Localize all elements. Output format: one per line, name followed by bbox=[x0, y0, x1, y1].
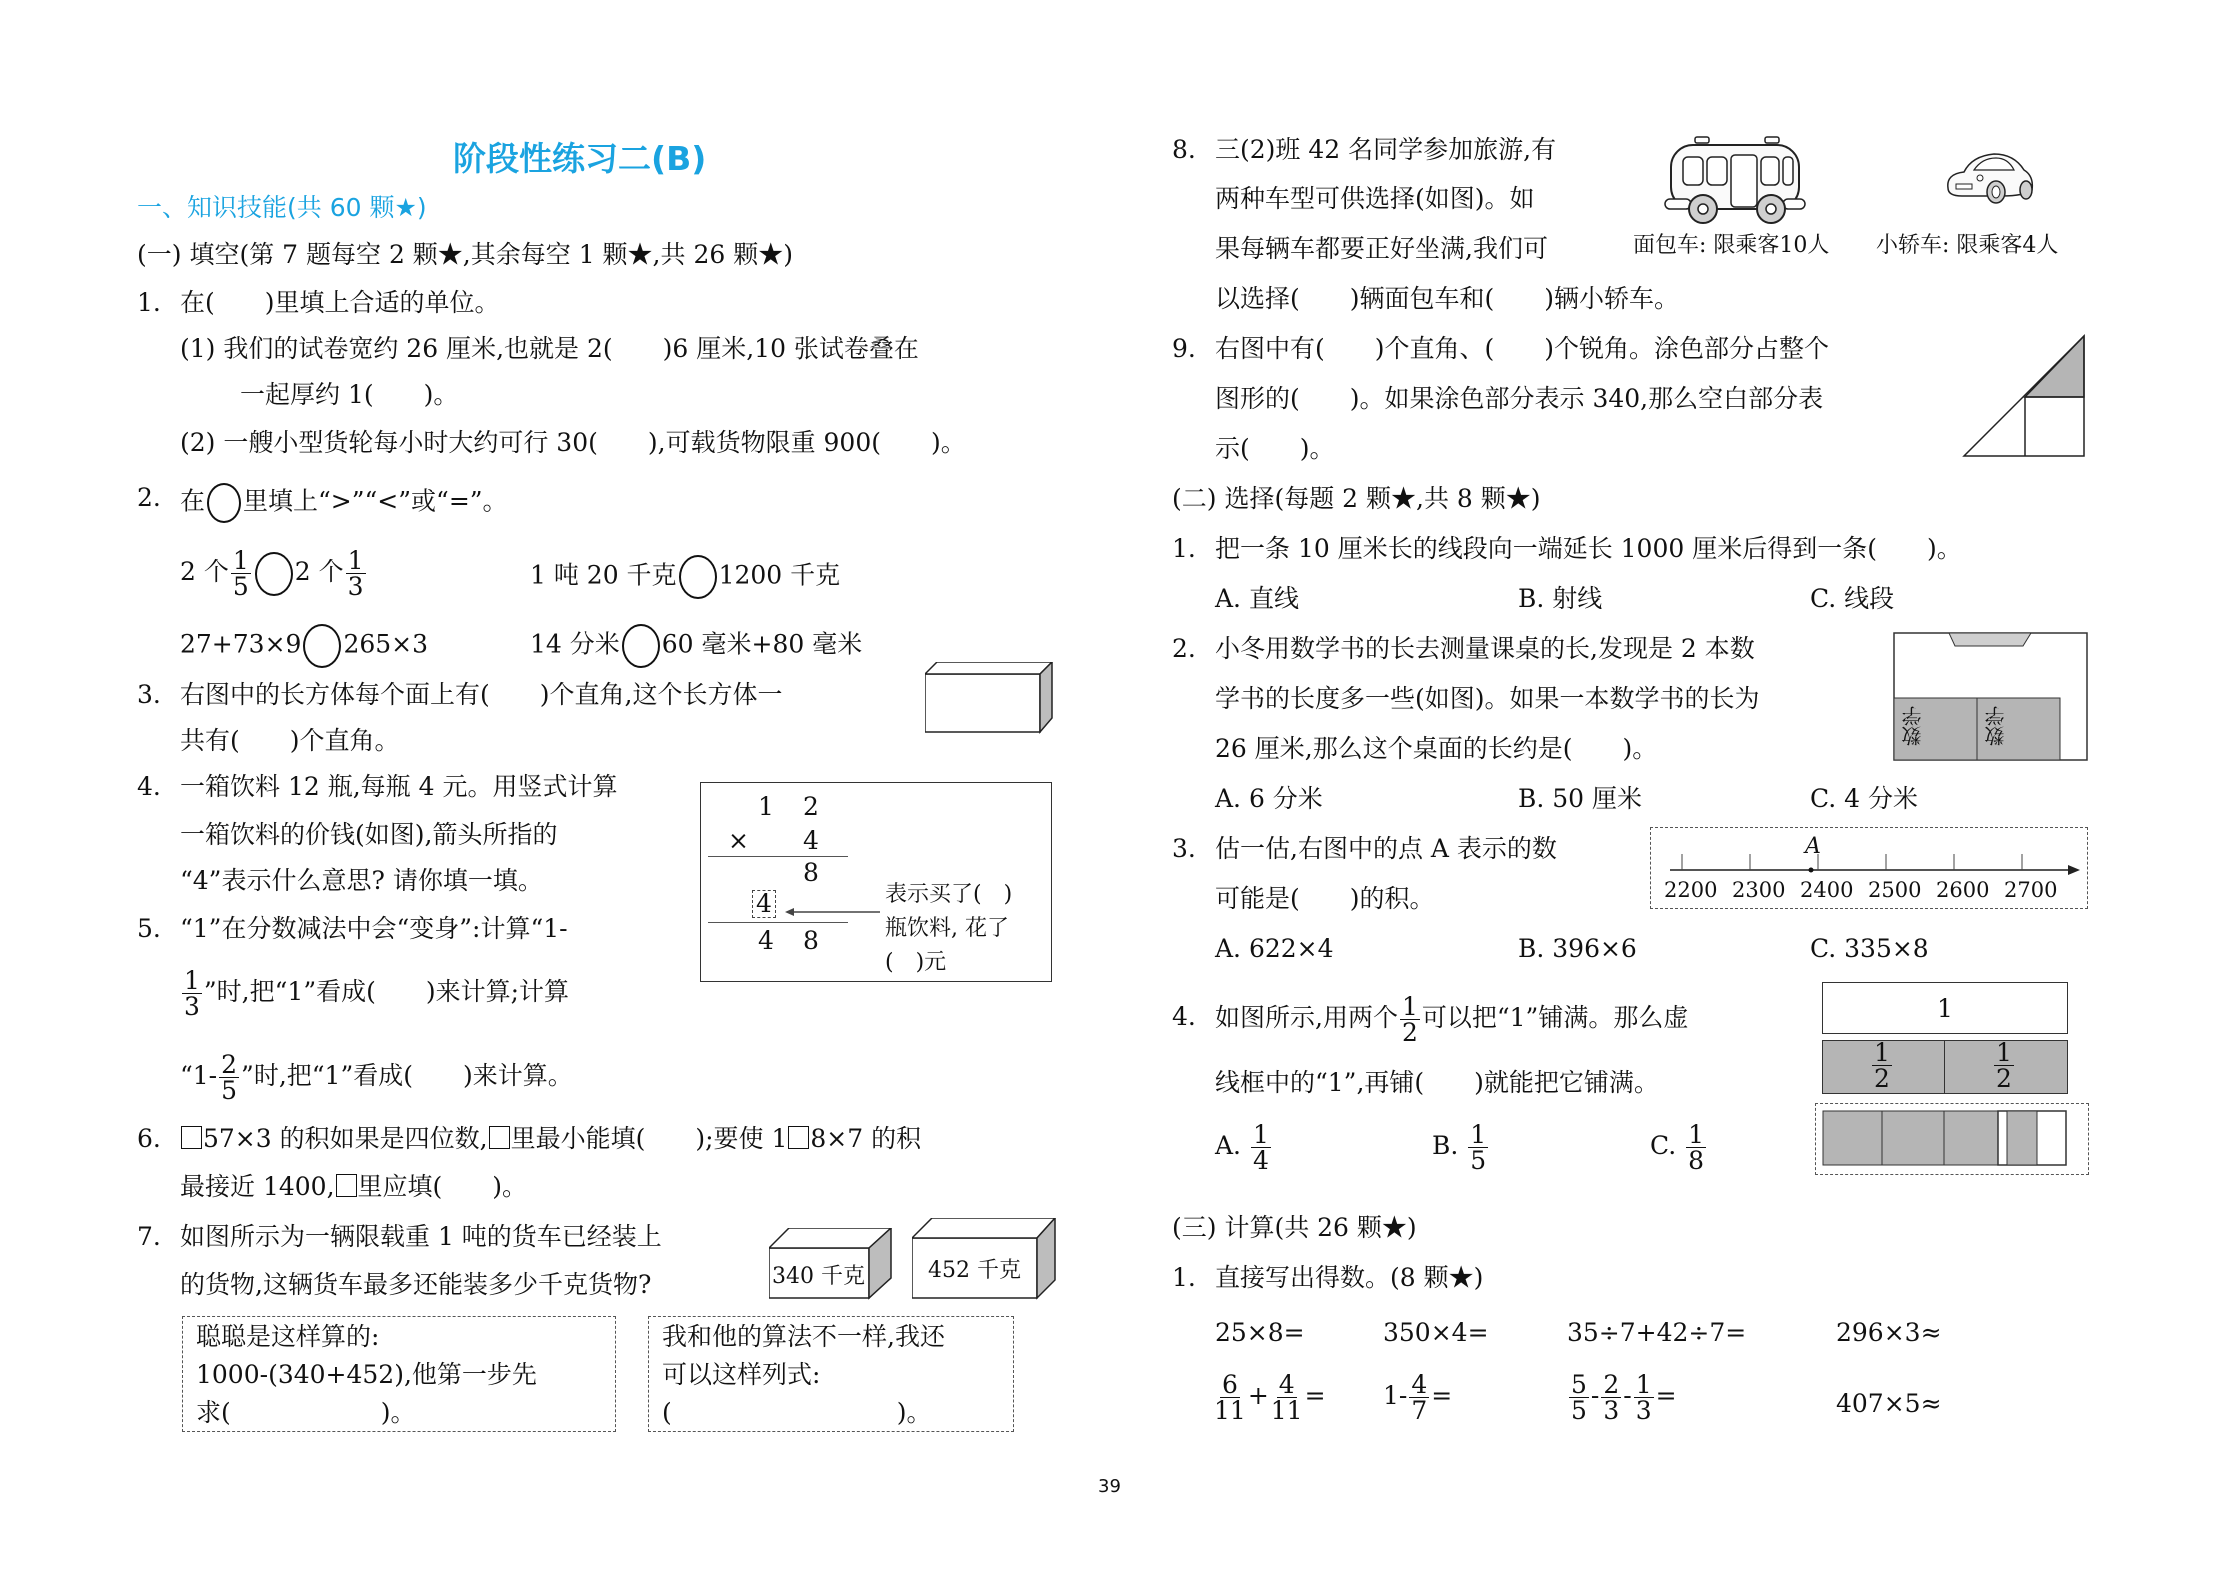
q6-number: 6. bbox=[137, 1124, 161, 1154]
fraction: 15 bbox=[231, 548, 251, 599]
q6-line1-b: 里最小能填( );要使 1 bbox=[511, 1124, 788, 1153]
arrow-icon bbox=[785, 902, 880, 921]
fraction: 411 bbox=[1271, 1372, 1303, 1423]
halves-divider bbox=[1944, 1040, 1945, 1094]
q2-item1-right-pre: 2 个 bbox=[295, 557, 344, 586]
q4-line3: “4”表示什么意思? 请你填一填。 bbox=[180, 866, 543, 896]
q5-line3: “1-25”时,把“1”看成( )来计算。 bbox=[180, 1052, 573, 1103]
q8-line4: 以选择( )辆面包车和( )辆小轿车。 bbox=[1215, 284, 1679, 314]
fraction: 18 bbox=[1686, 1122, 1706, 1173]
whole-bar-label: 1 bbox=[1937, 994, 1953, 1024]
tick-label-2300: 2300 bbox=[1732, 878, 1785, 902]
p2-q4-line1-a: 如图所示,用两个 bbox=[1215, 1003, 1398, 1032]
p2-q2-option-c[interactable]: C. 4 分米 bbox=[1810, 784, 1918, 814]
denominator: 5 bbox=[1571, 1398, 1587, 1423]
q2-item-2: 1 吨 20 千克1200 千克 bbox=[530, 555, 840, 599]
numerator: 2 bbox=[1601, 1372, 1621, 1398]
calc-note-line3: ( )元 bbox=[885, 948, 946, 978]
numerator: 1 bbox=[1686, 1122, 1706, 1148]
p2-q3-option-b[interactable]: B. 396×6 bbox=[1518, 934, 1637, 964]
calc-item-8: 407×5≈ bbox=[1836, 1389, 1942, 1419]
calc-note-line2: 瓶饮料, 花了 bbox=[885, 914, 1009, 944]
p2-q2-line1: 小冬用数学书的长去测量课桌的长,发现是 2 本数 bbox=[1215, 634, 1755, 664]
q3-number: 3. bbox=[137, 680, 161, 710]
answer-circle[interactable] bbox=[255, 552, 293, 596]
denominator: 2 bbox=[1402, 1020, 1418, 1045]
expression-pre: 1- bbox=[1383, 1381, 1407, 1410]
q1-sub1-line1: (1) 我们的试卷宽约 26 厘米,也就是 2( )6 厘米,10 张试卷叠在 bbox=[180, 334, 919, 364]
q4-line2: 一箱饮料的价钱(如图),箭头所指的 bbox=[180, 820, 557, 850]
equals: = bbox=[1656, 1381, 1677, 1410]
tick-label-2600: 2600 bbox=[1936, 878, 1989, 902]
fraction: 12 bbox=[1872, 1040, 1892, 1091]
calc-note-line1: 表示买了( ) bbox=[885, 880, 1012, 910]
calc-item-2: 350×4= bbox=[1383, 1318, 1489, 1348]
minibus-icon bbox=[1663, 135, 1808, 225]
calc-item-7: 55-23-13= bbox=[1567, 1372, 1677, 1423]
p3-q1-stem: 直接写出得数。(8 颗★) bbox=[1215, 1263, 1483, 1293]
answer-circle[interactable] bbox=[679, 555, 717, 599]
answer-circle[interactable] bbox=[303, 624, 341, 668]
calc-item-1: 25×8= bbox=[1215, 1318, 1305, 1348]
p2-q3-option-a[interactable]: A. 622×4 bbox=[1215, 934, 1334, 964]
q5-line3-pre: “1- bbox=[180, 1061, 217, 1090]
compare-circle bbox=[207, 483, 241, 523]
q2-number: 2. bbox=[137, 483, 161, 513]
book-label-1: 数学 bbox=[1898, 706, 1927, 746]
cong-line2: 1000-(340+452),他第一步先 bbox=[196, 1360, 537, 1390]
cuboid-figure bbox=[925, 662, 1055, 734]
q2-item3-left: 27+73×9 bbox=[180, 630, 301, 659]
p2-q1-option-a[interactable]: A. 直线 bbox=[1215, 584, 1299, 614]
halves-bar bbox=[1822, 1040, 2068, 1094]
q1-stem: 在( )里填上合适的单位。 bbox=[180, 288, 500, 318]
tick-label-2400: 2400 bbox=[1800, 878, 1853, 902]
q2-item4-left: 14 分米 bbox=[530, 630, 620, 659]
tiling-bar bbox=[1822, 1110, 2068, 1166]
p2-q4-option-b[interactable]: B. 15 bbox=[1432, 1122, 1490, 1173]
fraction: 13 bbox=[182, 968, 202, 1019]
fraction: 13 bbox=[1634, 1372, 1654, 1423]
blank-square[interactable] bbox=[788, 1126, 809, 1149]
q2-item1-left-pre: 2 个 bbox=[180, 557, 229, 586]
page-number: 39 bbox=[1098, 1476, 1121, 1497]
q8-line3: 果每辆车都要正好坐满,我们可 bbox=[1215, 234, 1548, 264]
option-label: A. bbox=[1215, 1131, 1241, 1160]
q5-line1: “1”在分数减法中会“变身”:计算“1- bbox=[180, 914, 568, 944]
p2-q4-line1: 如图所示,用两个12可以把“1”铺满。那么虚 bbox=[1215, 994, 1688, 1045]
numerator: 4 bbox=[1277, 1372, 1297, 1398]
triangle-figure bbox=[1962, 334, 2088, 460]
half-left: 12 bbox=[1870, 1040, 1894, 1091]
tick-label-2200: 2200 bbox=[1664, 878, 1717, 902]
option-label: B. bbox=[1432, 1131, 1458, 1160]
q7-number: 7. bbox=[137, 1222, 161, 1252]
numerator: 1 bbox=[1251, 1122, 1271, 1148]
calc-op: × bbox=[728, 826, 749, 856]
p2-q4-line2: 线框中的“1”,再铺( )就能把它铺满。 bbox=[1215, 1068, 1659, 1098]
p2-q3-line1: 估一估,右图中的点 A 表示的数 bbox=[1215, 834, 1557, 864]
car-caption: 小轿车: 限乘客4人 bbox=[1876, 231, 2058, 261]
section-title: 一、知识技能(共 60 颗★) bbox=[137, 188, 427, 224]
q2-item-3: 27+73×9265×3 bbox=[180, 624, 428, 668]
cong-line1: 聪聪是这样算的: bbox=[196, 1322, 379, 1352]
numerator: 1 bbox=[1400, 994, 1420, 1020]
p2-q1-option-b[interactable]: B. 射线 bbox=[1518, 584, 1602, 614]
q2-item-4: 14 分米60 毫米+80 毫米 bbox=[530, 624, 862, 668]
q2-item3-right: 265×3 bbox=[343, 630, 428, 659]
q7-line2: 的货物,这辆货车最多还能装多少千克货物? bbox=[180, 1270, 651, 1300]
alt-line3: ( )。 bbox=[662, 1398, 932, 1428]
calc-item-5: 611+411= bbox=[1212, 1372, 1326, 1423]
operator: - bbox=[1623, 1381, 1631, 1410]
numerator: 1 bbox=[346, 548, 366, 574]
p2-q2-line2: 学书的长度多一些(如图)。如果一本数学书的长为 bbox=[1215, 684, 1760, 714]
book-label-2: 数学 bbox=[1981, 706, 2010, 746]
denominator: 11 bbox=[1271, 1398, 1303, 1423]
p2-q1-stem: 把一条 10 厘米长的线段向一端延长 1000 厘米后得到一条( )。 bbox=[1215, 534, 1962, 564]
q2-stem: 在里填上“>”“<”或“=”。 bbox=[180, 483, 508, 523]
numerator: 1 bbox=[1994, 1040, 2014, 1066]
q6-line2: 最接近 1400,里应填( )。 bbox=[180, 1172, 527, 1202]
tick-label-2500: 2500 bbox=[1868, 878, 1921, 902]
calc-result-d1: 4 bbox=[758, 926, 774, 956]
p2-q2-option-a[interactable]: A. 6 分米 bbox=[1215, 784, 1323, 814]
p2-q4-line1-b: 可以把“1”铺满。那么虚 bbox=[1422, 1003, 1688, 1032]
calc-item-3: 35÷7+42÷7= bbox=[1567, 1318, 1746, 1348]
numerator: 5 bbox=[1569, 1372, 1589, 1398]
numerator: 4 bbox=[1409, 1372, 1429, 1398]
denominator: 3 bbox=[1603, 1398, 1619, 1423]
q2-item2-left: 1 吨 20 千克 bbox=[530, 561, 677, 590]
fraction: 14 bbox=[1251, 1122, 1271, 1173]
p2-q2-line3: 26 厘米,那么这个桌面的长约是( )。 bbox=[1215, 734, 1657, 764]
calc-row1-d2: 2 bbox=[803, 792, 819, 822]
q3-line2: 共有( )个直角。 bbox=[180, 726, 400, 756]
q8-number: 8. bbox=[1172, 135, 1196, 165]
q1-sub2: (2) 一艘小型货轮每小时大约可行 30( ),可载货物限重 900( )。 bbox=[180, 428, 966, 458]
calc-row3: 8 bbox=[803, 858, 819, 888]
numerator: 1 bbox=[1468, 1122, 1488, 1148]
numerator: 1 bbox=[1634, 1372, 1654, 1398]
q9-number: 9. bbox=[1172, 334, 1196, 364]
q1-number: 1. bbox=[137, 288, 161, 318]
q2-stem-b: 里填上“>”“<”或“=”。 bbox=[243, 487, 508, 516]
blank-square[interactable] bbox=[336, 1174, 357, 1197]
denominator: 4 bbox=[1253, 1148, 1269, 1173]
denominator: 2 bbox=[1874, 1066, 1890, 1091]
q6-line2-a: 最接近 1400, bbox=[180, 1172, 335, 1201]
p2-q4-option-a[interactable]: A. 14 bbox=[1215, 1122, 1273, 1173]
tick-label-2700: 2700 bbox=[2004, 878, 2057, 902]
denominator: 3 bbox=[184, 994, 200, 1019]
q2-item-1: 2 个152 个13 bbox=[180, 548, 368, 599]
equals: = bbox=[1431, 1381, 1452, 1410]
alt-line2: 可以这样列式: bbox=[662, 1360, 820, 1390]
blank-square[interactable] bbox=[181, 1126, 202, 1149]
part3-heading: (三) 计算(共 26 颗★) bbox=[1172, 1213, 1417, 1243]
part1-heading: (一) 填空(第 7 题每空 2 颗★,其余每空 1 颗★,共 26 颗★) bbox=[137, 240, 793, 270]
cargo-box-340-label: 340 千克 bbox=[772, 1262, 865, 1292]
sedan-car-icon bbox=[1942, 150, 2037, 205]
fraction: 15 bbox=[1468, 1122, 1488, 1173]
numerator: 1 bbox=[231, 548, 251, 574]
half-right: 12 bbox=[1992, 1040, 2016, 1091]
q9-line3: 示( )。 bbox=[1215, 434, 1335, 464]
q2-item4-right: 60 毫米+80 毫米 bbox=[662, 630, 862, 659]
cong-line3: 求( )。 bbox=[196, 1398, 416, 1428]
denominator: 5 bbox=[1470, 1148, 1486, 1173]
denominator: 7 bbox=[1411, 1398, 1427, 1423]
calc-row2: 4 bbox=[803, 826, 819, 856]
denominator: 8 bbox=[1688, 1148, 1704, 1173]
p2-q4-option-c[interactable]: C. 18 bbox=[1650, 1122, 1708, 1173]
number-line bbox=[1670, 840, 2080, 880]
denominator: 11 bbox=[1214, 1398, 1246, 1423]
alt-line1: 我和他的算法不一样,我还 bbox=[662, 1322, 945, 1352]
p2-q1-option-c[interactable]: C. 线段 bbox=[1810, 584, 1894, 614]
calc-result-d2: 8 bbox=[803, 926, 819, 956]
operator: - bbox=[1591, 1381, 1599, 1410]
q8-line1: 三(2)班 42 名同学参加旅游,有 bbox=[1215, 135, 1556, 165]
fraction: 47 bbox=[1409, 1372, 1429, 1423]
q9-line1: 右图中有( )个直角、( )个锐角。涂色部分占整个 bbox=[1215, 334, 1829, 364]
calc-line-1 bbox=[708, 856, 848, 857]
fraction: 25 bbox=[219, 1052, 239, 1103]
fraction: 611 bbox=[1214, 1372, 1246, 1423]
calc-item-6: 1-47= bbox=[1383, 1372, 1452, 1423]
option-label: C. bbox=[1650, 1131, 1676, 1160]
point-a-label: A bbox=[1805, 834, 1821, 859]
q6-line2-b: 里应填( )。 bbox=[358, 1172, 528, 1201]
q6-line1-a: 57×3 的积如果是四位数, bbox=[203, 1124, 488, 1153]
p2-q3-line2: 可能是( )的积。 bbox=[1215, 884, 1435, 914]
calc-row4-boxed: 4 bbox=[752, 890, 776, 918]
part2-heading: (二) 选择(每题 2 颗★,共 8 颗★) bbox=[1172, 484, 1541, 514]
calc-line-2 bbox=[708, 922, 848, 923]
cargo-box-452-label: 452 千克 bbox=[928, 1256, 1021, 1286]
denominator: 3 bbox=[348, 574, 364, 599]
p3-q1-number: 1. bbox=[1172, 1263, 1196, 1293]
calc-row1-d1: 1 bbox=[758, 792, 774, 822]
q4-number: 4. bbox=[137, 772, 161, 802]
numerator: 6 bbox=[1220, 1372, 1240, 1398]
equals: = bbox=[1305, 1381, 1326, 1410]
q8-line2: 两种车型可供选择(如图)。如 bbox=[1215, 184, 1535, 214]
denominator: 3 bbox=[1636, 1398, 1652, 1423]
answer-circle[interactable] bbox=[622, 624, 660, 668]
p2-q4-number: 4. bbox=[1172, 1002, 1196, 1032]
fraction: 12 bbox=[1400, 994, 1420, 1045]
denominator: 5 bbox=[233, 574, 249, 599]
q5-number: 5. bbox=[137, 914, 161, 944]
calc-item-4: 296×3≈ bbox=[1836, 1318, 1942, 1348]
p2-q3-number: 3. bbox=[1172, 834, 1196, 864]
q2-item2-right: 1200 千克 bbox=[719, 561, 841, 590]
fraction: 13 bbox=[346, 548, 366, 599]
q5-line2-rest: ”时,把“1”看成( )来计算;计算 bbox=[204, 977, 569, 1006]
fraction: 55 bbox=[1569, 1372, 1589, 1423]
numerator: 2 bbox=[219, 1052, 239, 1078]
numerator: 1 bbox=[182, 968, 202, 994]
q2-stem-a: 在 bbox=[180, 487, 205, 516]
p2-q1-number: 1. bbox=[1172, 534, 1196, 564]
p2-q3-option-c[interactable]: C. 335×8 bbox=[1810, 934, 1929, 964]
operator: + bbox=[1248, 1381, 1269, 1410]
q6-line1-c: 8×7 的积 bbox=[810, 1124, 921, 1153]
p2-q2-option-b[interactable]: B. 50 厘米 bbox=[1518, 784, 1642, 814]
q7-line1: 如图所示为一辆限载重 1 吨的货车已经装上 bbox=[180, 1222, 662, 1252]
page-title: 阶段性练习二(B) bbox=[453, 133, 706, 180]
fraction: 12 bbox=[1994, 1040, 2014, 1091]
q6-line1: 57×3 的积如果是四位数,里最小能填( );要使 18×7 的积 bbox=[180, 1124, 921, 1154]
q3-line1: 右图中的长方体每个面上有( )个直角,这个长方体一 bbox=[180, 680, 782, 710]
q1-sub1-line2: 一起厚约 1( )。 bbox=[240, 380, 458, 410]
blank-square[interactable] bbox=[489, 1126, 510, 1149]
q5-line3-rest: ”时,把“1”看成( )来计算。 bbox=[241, 1061, 573, 1090]
numerator: 1 bbox=[1872, 1040, 1892, 1066]
fraction: 23 bbox=[1601, 1372, 1621, 1423]
p2-q2-number: 2. bbox=[1172, 634, 1196, 664]
q5-line2: 13”时,把“1”看成( )来计算;计算 bbox=[180, 968, 569, 1019]
denominator: 2 bbox=[1996, 1066, 2012, 1091]
bus-caption: 面包车: 限乘客10人 bbox=[1633, 231, 1829, 261]
q9-line2: 图形的( )。如果涂色部分表示 340,那么空白部分表 bbox=[1215, 384, 1823, 414]
denominator: 5 bbox=[221, 1078, 237, 1103]
q4-line1: 一箱饮料 12 瓶,每瓶 4 元。用竖式计算 bbox=[180, 772, 617, 802]
